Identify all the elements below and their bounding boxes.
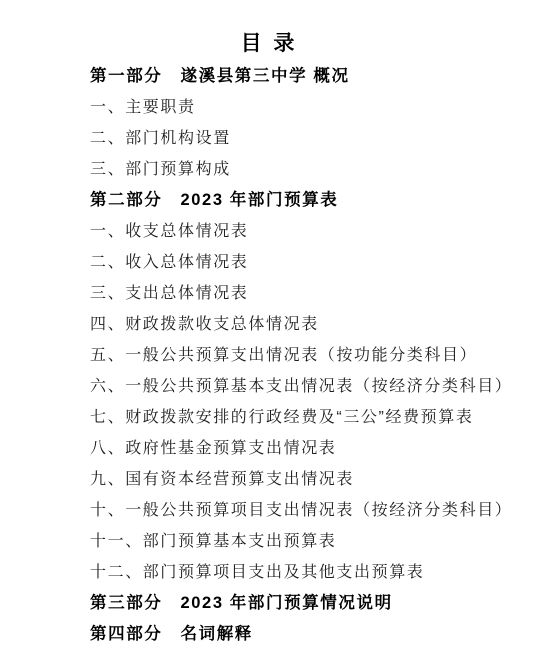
toc-item: 十、一般公共预算项目支出情况表（按经济分类科目） [90,495,522,526]
toc-item: 三、部门预算构成 [90,154,522,185]
toc-item: 六、一般公共预算基本支出情况表（按经济分类科目） [90,371,522,402]
toc-item: 五、一般公共预算支出情况表（按功能分类科目） [90,340,522,371]
toc-item: 二、部门机构设置 [90,123,522,154]
toc-item: 四、财政拨款收支总体情况表 [90,309,522,340]
toc-item: 二、收入总体情况表 [90,247,522,278]
toc-list: 第一部分 遂溪县第三中学 概况一、主要职责二、部门机构设置三、部门预算构成第二部… [0,60,538,650]
toc-item: 九、国有资本经营预算支出情况表 [90,464,522,495]
toc-item: 八、政府性基金预算支出情况表 [90,433,522,464]
toc-section-heading: 第二部分 2023 年部门预算表 [90,185,522,216]
toc-item: 七、财政拨款安排的行政经费及“三公”经费预算表 [90,402,522,433]
toc-item: 十二、部门预算项目支出及其他支出预算表 [90,557,522,588]
toc-section-heading: 第一部分 遂溪县第三中学 概况 [90,61,522,92]
toc-item: 三、支出总体情况表 [90,278,522,309]
toc-item: 十一、部门预算基本支出预算表 [90,526,522,557]
document-page: 目 录 第一部分 遂溪县第三中学 概况一、主要职责二、部门机构设置三、部门预算构… [0,0,538,661]
toc-item: 一、收支总体情况表 [90,216,522,247]
toc-section-heading: 第四部分 名词解释 [90,619,522,650]
page-title: 目 录 [0,0,538,60]
toc-item: 一、主要职责 [90,92,522,123]
toc-section-heading: 第三部分 2023 年部门预算情况说明 [90,588,522,619]
